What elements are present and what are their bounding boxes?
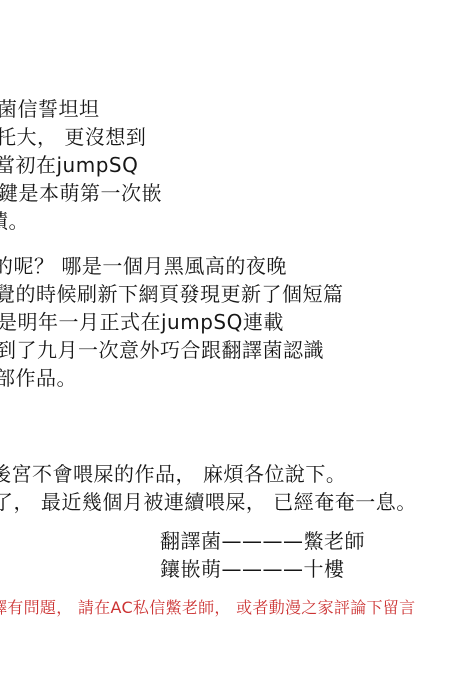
text-line: 覺的時候刷新下網頁發現更新了個短篇 <box>0 280 344 308</box>
credit-name: 鱉老師 <box>304 529 366 553</box>
translation-note-text: 譯有問題， 請在AC私信鱉老師， 或者動漫之家評論下留言 <box>0 596 415 620</box>
afterword-paragraph-3: 後宮不會喂屎的作品， 麻煩各位說下。 了， 最近幾個月被連續喂屎， 已經奄奄一息… <box>0 460 417 516</box>
credit-separator: ———— <box>222 529 304 553</box>
afterword-paragraph-2: 的呢？ 哪是一個月黑風高的夜晚 覺的時候刷新下網頁發現更新了個短篇 是明年一月正… <box>0 252 344 392</box>
afterword-paragraph-1: 菌信誓坦坦 托大， 更沒想到 當初在jumpSQ 鍵是本萌第一次嵌 嘖。 <box>0 95 162 235</box>
text-line: 鍵是本萌第一次嵌 <box>0 179 162 207</box>
credit-separator: ———— <box>222 557 304 581</box>
credit-name: 十樓 <box>304 557 345 581</box>
text-line: 托大， 更沒想到 <box>0 123 162 151</box>
text-line: 部作品。 <box>0 364 344 392</box>
text-line: 嘖。 <box>0 207 162 235</box>
credit-row-typesetter: 鑲嵌萌————十樓 <box>160 555 365 583</box>
credit-role: 翻譯菌 <box>160 529 222 553</box>
text-line: 後宮不會喂屎的作品， 麻煩各位說下。 <box>0 460 417 488</box>
text-line: 了， 最近幾個月被連續喂屎， 已經奄奄一息。 <box>0 488 417 516</box>
text-line: 是明年一月正式在jumpSQ連載 <box>0 308 344 336</box>
text-line: 的呢？ 哪是一個月黑風高的夜晚 <box>0 252 344 280</box>
credit-row-translator: 翻譯菌————鱉老師 <box>160 527 365 555</box>
afterword-page: 菌信誓坦坦 托大， 更沒想到 當初在jumpSQ 鍵是本萌第一次嵌 嘖。 的呢？… <box>0 0 451 680</box>
credit-role: 鑲嵌萌 <box>160 557 222 581</box>
credits-list: 翻譯菌————鱉老師 鑲嵌萌————十樓 <box>160 527 365 583</box>
text-line: 當初在jumpSQ <box>0 151 162 179</box>
text-line: 到了九月一次意外巧合跟翻譯菌認識 <box>0 336 344 364</box>
translation-note: 譯有問題， 請在AC私信鱉老師， 或者動漫之家評論下留言 <box>0 596 415 620</box>
text-line: 菌信誓坦坦 <box>0 95 162 123</box>
